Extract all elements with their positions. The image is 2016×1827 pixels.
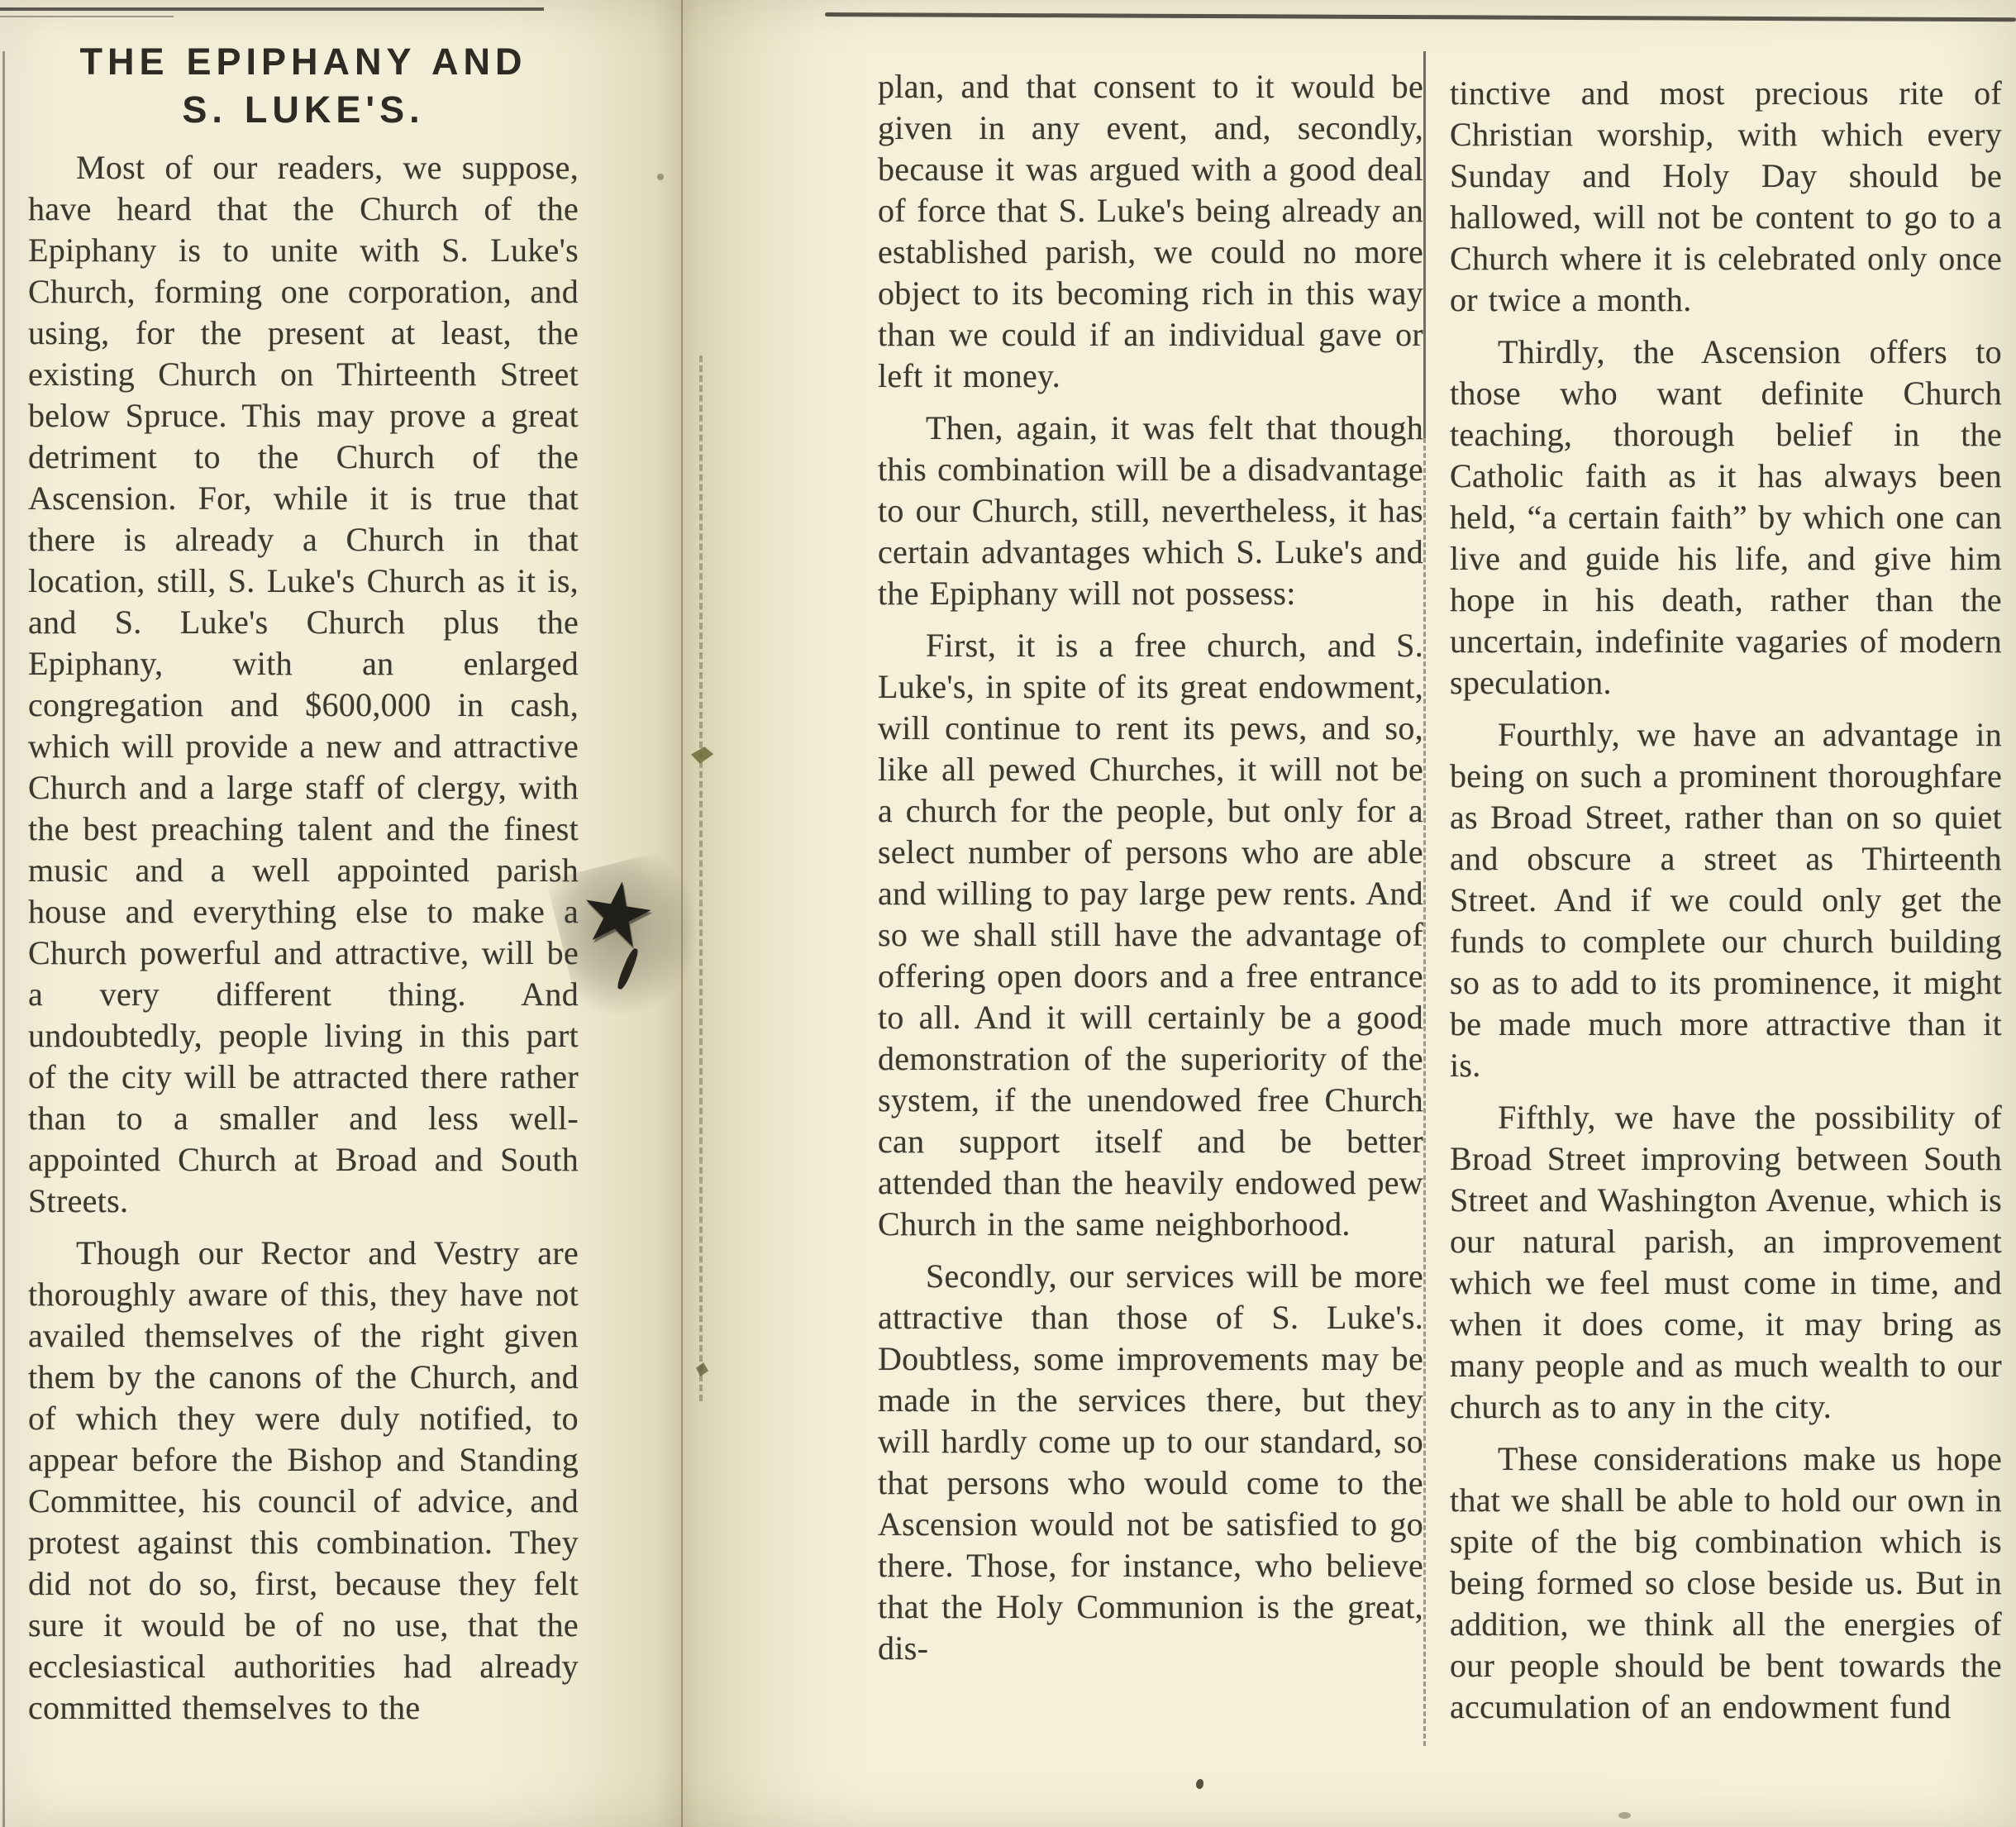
paper-speck: [1196, 1779, 1203, 1789]
middle-column: plan, and that consent to it would be gi…: [878, 66, 1423, 1680]
paragraph: These considerations make us hope that w…: [1450, 1438, 2002, 1728]
paragraph: Fourthly, we have an advantage in being …: [1450, 714, 2002, 1086]
column-divider-dashed: [1423, 438, 1426, 1746]
paragraph: Secondly, our services will be more attr…: [878, 1256, 1423, 1669]
scanned-newsletter-spread: ★ THE EPIPHANY AND S. LUKE'S. Most of ou…: [0, 0, 2016, 1827]
right-column: tinctive and most precious rite of Chris…: [1450, 73, 2002, 1739]
article-title-line1: THE EPIPHANY AND: [28, 38, 579, 86]
paragraph: Though our Rector and Vestry are thoroug…: [28, 1233, 579, 1729]
article-title-line2: S. LUKE'S.: [28, 86, 579, 134]
page-edge-line: [2, 51, 5, 1827]
paper-speck: [657, 174, 664, 180]
paragraph-continuation: tinctive and most precious rite of Chris…: [1450, 73, 2002, 321]
ink-blot-mark: ★: [569, 868, 693, 1004]
paragraph: Most of our readers, we suppose, have he…: [28, 147, 579, 1222]
column-divider-solid: [1423, 51, 1426, 438]
binding-stitches: [699, 355, 703, 1401]
paragraph: Fifthly, we have the possibility of Broa…: [1450, 1097, 2002, 1428]
article-title: THE EPIPHANY AND S. LUKE'S.: [28, 38, 579, 134]
top-rule-left-page: [0, 7, 544, 11]
ink-star-icon: ★: [572, 862, 662, 964]
left-column: THE EPIPHANY AND S. LUKE'S. Most of our …: [28, 38, 579, 1739]
top-rule-left-page-echo: [0, 16, 174, 17]
paragraph: Then, again, it was felt that though thi…: [878, 408, 1423, 614]
top-rule-right-page: [825, 12, 2016, 21]
paper-speck: [1618, 1812, 1631, 1819]
paragraph: Thirdly, the Ascension offers to those w…: [1450, 332, 2002, 704]
paragraph-continuation: plan, and that consent to it would be gi…: [878, 66, 1423, 397]
paragraph: First, it is a free church, and S. Luke'…: [878, 625, 1423, 1245]
binding-thread-mark-lower: [696, 1362, 708, 1376]
